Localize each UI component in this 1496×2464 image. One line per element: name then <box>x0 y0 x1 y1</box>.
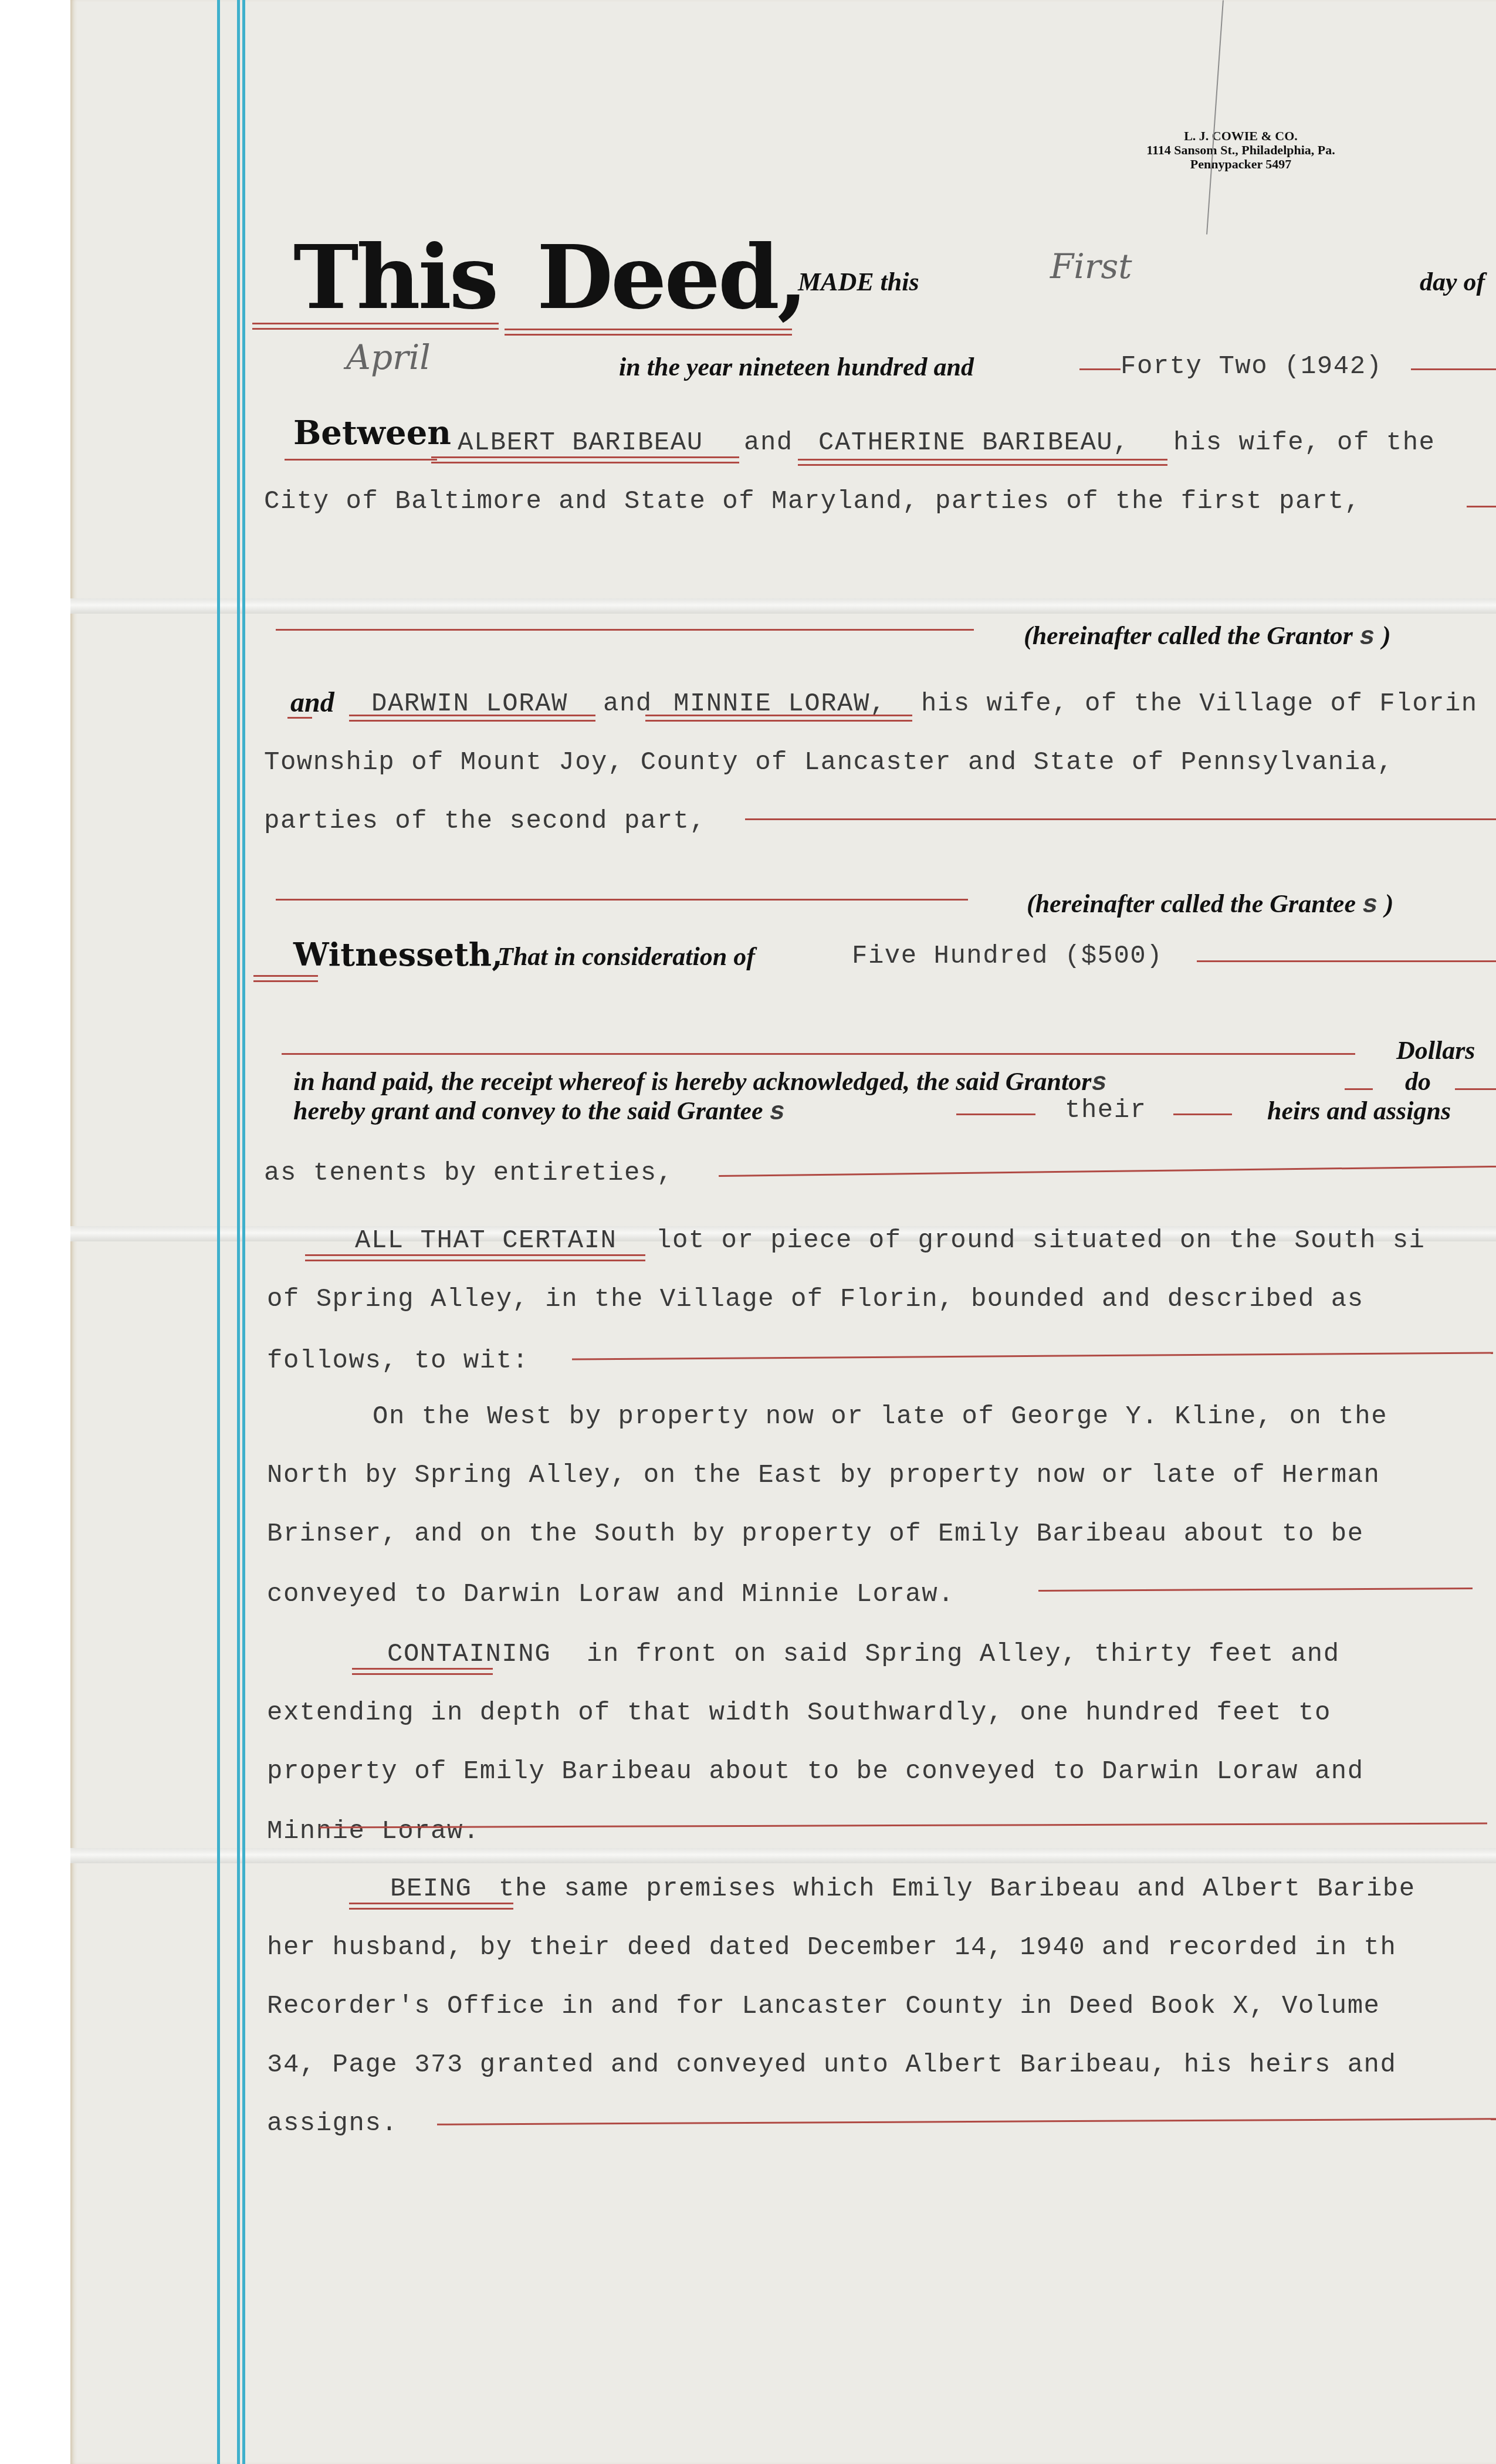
margin-rule <box>242 0 245 2464</box>
desc-p3-line2: extending in depth of that width Southwa… <box>267 1698 1331 1728</box>
fill-line <box>285 459 437 461</box>
do-label: do <box>1405 1067 1431 1096</box>
witnesseth-underline <box>253 975 318 982</box>
name-underline <box>349 715 595 722</box>
fill-line <box>1079 368 1121 370</box>
year-label: in the year nineteen hundred and <box>619 352 974 382</box>
margin-rule <box>237 0 240 2464</box>
fill-line <box>287 717 312 719</box>
desc-p1-line3: follows, to wit: <box>267 1346 529 1376</box>
made-this-label: MADE this <box>798 267 919 297</box>
name-underline <box>798 459 1167 466</box>
grantee-line2: Township of Mount Joy, County of Lancast… <box>264 748 1393 777</box>
between-label: Between <box>293 414 451 452</box>
and-text: and <box>744 428 793 458</box>
day-of-label: day of <box>1420 267 1485 297</box>
letterhead-phone: Pennypacker 5497 <box>1132 157 1349 171</box>
consideration-line2: hereby grant and convey to the said Gran… <box>293 1096 786 1128</box>
heading-underline <box>352 1668 493 1675</box>
heirs-assigns-label: heirs and assigns <box>1267 1096 1451 1126</box>
desc-p3-line1: in front on said Spring Alley, thirty fe… <box>587 1640 1340 1669</box>
desc-p2-line2: North by Spring Alley, on the East by pr… <box>267 1461 1380 1490</box>
grantor-name-1: ALBERT BARIBEAU <box>458 428 703 458</box>
handwritten-day: First <box>1050 246 1132 286</box>
desc-p4-line3: Recorder's Office in and for Lancaster C… <box>267 1992 1380 2021</box>
fill-line <box>1455 1088 1496 1090</box>
desc-p4-line1: the same premises which Emily Baribeau a… <box>499 1874 1416 1904</box>
fill-line <box>1345 1088 1373 1090</box>
letterhead: L. J. COWIE & CO. 1114 Sansom St., Phila… <box>1132 129 1349 171</box>
grantor-line2: City of Baltimore and State of Maryland,… <box>264 487 1361 516</box>
paper-fold <box>70 598 1496 614</box>
their-text: their <box>1065 1096 1147 1125</box>
consideration-text: That in consideration of <box>497 942 755 972</box>
fill-line <box>282 1053 1355 1055</box>
fill-line <box>276 629 974 631</box>
witnesseth-label: Witnesseth, <box>293 936 503 973</box>
title-underline <box>252 323 499 330</box>
grantee-line1-rest: his wife, of the Village of Florin <box>921 689 1478 719</box>
dollars-label: Dollars <box>1396 1035 1475 1065</box>
grantee-called: (hereinafter called the Grantee s ) <box>1027 889 1393 920</box>
fill-line <box>956 1113 1035 1115</box>
letterhead-address: 1114 Sansom St., Philadelphia, Pa. <box>1132 143 1349 157</box>
desc-p4-line4: 34, Page 373 granted and conveyed unto A… <box>267 2050 1396 2080</box>
year-value: Forty Two (1942) <box>1121 352 1382 381</box>
fill-line <box>1467 506 1496 507</box>
desc-p1-line1: lot or piece of ground situated on the S… <box>656 1226 1426 1255</box>
title-this: This <box>293 226 496 329</box>
handwritten-month: April <box>346 337 431 377</box>
letterhead-company: L. J. COWIE & CO. <box>1132 129 1349 143</box>
fill-line <box>276 899 968 901</box>
desc-p4-line2: her husband, by their deed dated Decembe… <box>267 1933 1396 1962</box>
heading-underline <box>349 1903 513 1910</box>
name-underline <box>645 715 912 722</box>
tenancy-text: as tenents by entireties, <box>264 1159 673 1188</box>
title-deed: Deed, <box>537 226 805 329</box>
desc-p3-line4: Minnie Loraw. <box>267 1817 480 1846</box>
desc-p2-line4: conveyed to Darwin Loraw and Minnie Lora… <box>267 1580 955 1609</box>
and-label: and <box>290 686 334 719</box>
fill-line <box>1173 1113 1232 1115</box>
title-underline <box>505 329 792 336</box>
grantor-line1-rest: his wife, of the <box>1173 428 1435 458</box>
all-that-certain: ALL THAT CERTAIN <box>355 1226 617 1255</box>
being: BEING <box>390 1874 472 1904</box>
desc-p2-line1: On the West by property now or late of G… <box>373 1402 1387 1431</box>
desc-p2-line3: Brinser, and on the South by property of… <box>267 1519 1364 1549</box>
heading-underline <box>305 1254 645 1261</box>
containing: CONTAINING <box>387 1640 551 1669</box>
fill-line <box>1411 368 1496 370</box>
grantor-called: (hereinafter called the Grantor s ) <box>1024 621 1391 652</box>
fill-line <box>745 818 1496 820</box>
desc-p3-line3: property of Emily Baribeau about to be c… <box>267 1757 1364 1786</box>
paper-fold <box>70 1848 1496 1863</box>
consideration-line1: in hand paid, the receipt whereof is her… <box>293 1067 1108 1098</box>
desc-p4-line5: assigns. <box>267 2109 398 2138</box>
grantee-line3: parties of the second part, <box>264 807 706 836</box>
fill-line <box>1197 960 1496 962</box>
name-underline <box>431 456 739 463</box>
desc-p1-line2: of Spring Alley, in the Village of Flori… <box>267 1285 1364 1314</box>
consideration-amount: Five Hundred ($500) <box>852 942 1163 971</box>
grantor-name-2: CATHERINE BARIBEAU, <box>818 428 1129 458</box>
margin-rule <box>217 0 220 2464</box>
